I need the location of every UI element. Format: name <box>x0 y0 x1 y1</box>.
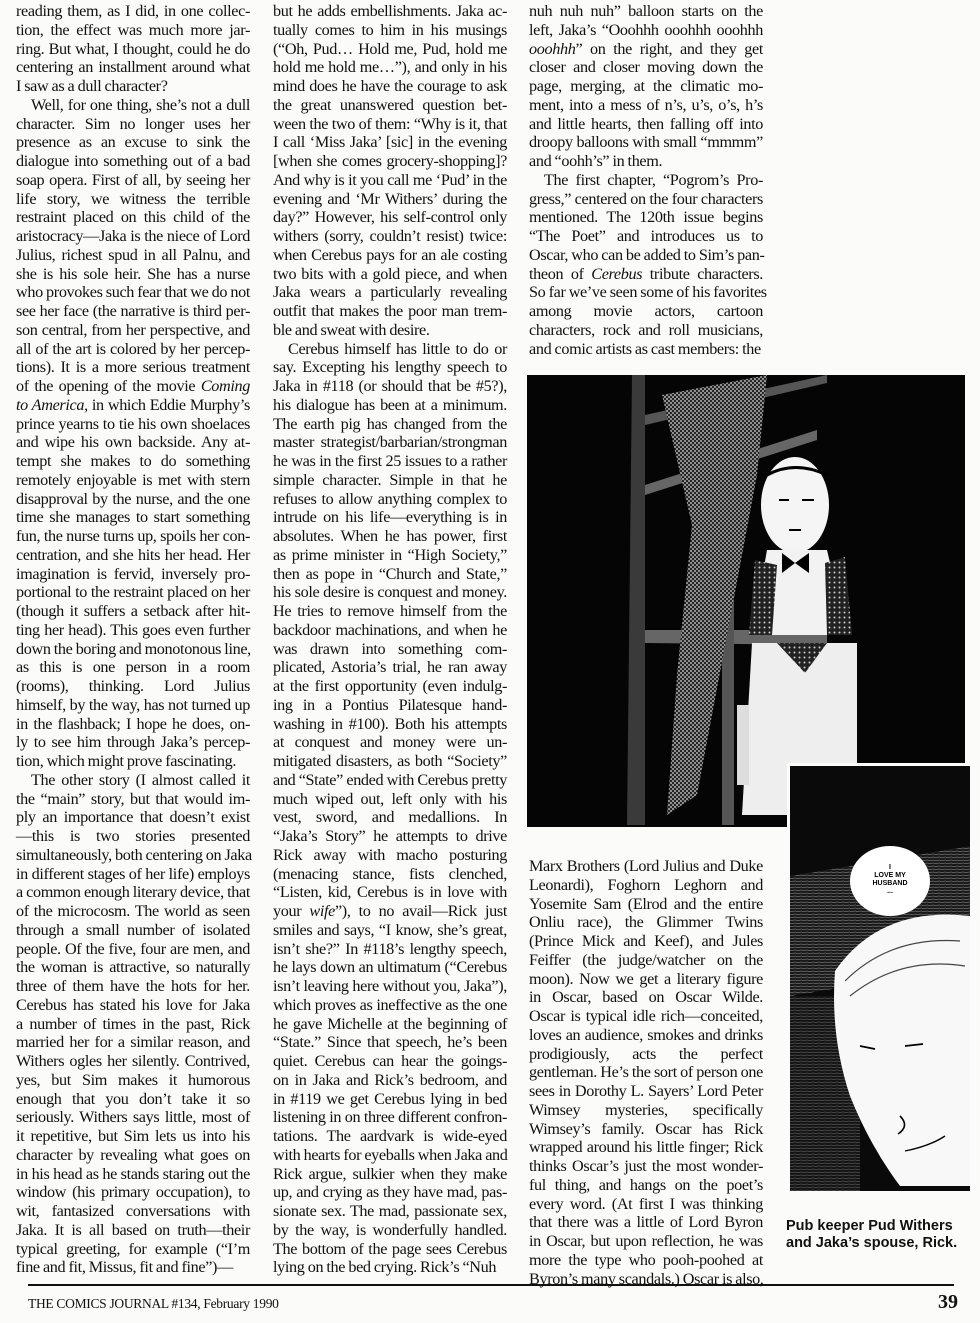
text-line: Rick argue, sulkier when they make <box>273 1165 507 1184</box>
paragraph: reading them, as I did, in one collec-ti… <box>16 2 250 96</box>
text-line: He tries to remove himself from the <box>273 602 507 621</box>
text-line: washing in #100). Both his attempts <box>273 715 507 734</box>
publication-footer: THE COMICS JOURNAL #134, February 1990 <box>28 1296 279 1312</box>
text-line: The first chapter, “Pogrom’s Pro- <box>529 171 763 190</box>
text-line: tion, the effect was much more jar- <box>16 21 250 40</box>
text-line: droopy balloons with small “mmmm” <box>529 133 763 152</box>
text-line: restraint placed on this child of the <box>16 208 250 227</box>
text-line: refuses to allow anything complex to <box>273 490 507 509</box>
article-column-2: but he adds embellishments. Jaka ac-tual… <box>273 2 507 1277</box>
text-line: mind does he have the courage to ask <box>273 77 507 96</box>
text-line: Marx Brothers (Lord Julius and Duke <box>529 857 763 876</box>
text-line: and “oohh’s” in them. <box>529 152 763 171</box>
text-line: presence as an excuse to sink the <box>16 133 250 152</box>
text-line: and little hearts, then falling off into <box>529 115 763 134</box>
text-line: window (his primary occupation), to <box>16 1183 250 1202</box>
text-line: he gave Michelle at the beginning of <box>273 1015 507 1034</box>
text-line: tempt she makes to do something <box>16 452 250 471</box>
text-line: when Cerebus pays for an ale costing <box>273 246 507 265</box>
text-line: see her face (the narrative is third per… <box>16 302 250 321</box>
text-line: absolutes. When he has power, first <box>273 527 507 546</box>
text-line: tations. The aardvark is wide-eyed <box>273 1127 507 1146</box>
text-line: reading them, as I did, in one collec- <box>16 2 250 21</box>
text-line: I saw as a dull character? <box>16 77 250 96</box>
text-line: Rick away with macho posturing <box>273 846 507 865</box>
text-line: closer and closer moving down the <box>529 58 763 77</box>
text-line: yes, but Sim makes it humorous <box>16 1071 250 1090</box>
text-line: “Listen, kid, Cerebus is in love with <box>273 883 507 902</box>
text-line: sees in Dorothy L. Sayers’ Lord Peter <box>529 1082 763 1101</box>
text-line: in Oscar, but upon reflection, he was <box>529 1232 763 1251</box>
text-line: the great unanswered question bet- <box>273 96 507 115</box>
text-line: The other story (I almost called it <box>16 771 250 790</box>
italic-phrase: to America, <box>16 396 88 414</box>
text-line: Wimsey’s family. Oscar has Rick <box>529 1120 763 1139</box>
text-line: down the boring and monotonous line, <box>16 640 250 659</box>
italic-phrase: Cerebus <box>591 265 642 283</box>
text-line: in different stages of her life) employs <box>16 865 250 884</box>
text-line: evening and ‘Mr Withers’ during the <box>273 190 507 209</box>
speech-balloon: I LOVE MY HUSBAND ... <box>850 846 930 916</box>
text-line: moon). Now we get a literary figure <box>529 970 763 989</box>
text-line: gress,” centered on the four characters <box>529 190 763 209</box>
text-line: tions). It is a more serious treatment <box>16 358 250 377</box>
text-line: simultaneously, both centering on Jaka <box>16 846 250 865</box>
text-line: withers (sorry, couldn’t resist) twice: <box>273 227 507 246</box>
text-line: gentleman. He’s the sort of person one <box>529 1063 763 1082</box>
text-line: of the opening of the movie Coming <box>16 377 250 396</box>
text-line: portional to the restraint placed on her <box>16 583 250 602</box>
footer-rule <box>28 1284 954 1286</box>
text-line: a common enough literary device, that <box>16 883 250 902</box>
text-line: Well, for one thing, she’s not a dull <box>16 96 250 115</box>
text-line: mentioned. The 120th issue begins <box>529 208 763 227</box>
text-line: time she manages to start something <box>16 508 250 527</box>
text-line: character. Sim no longer uses her <box>16 115 250 134</box>
text-line: at the first opportunity (even indulg- <box>273 677 507 696</box>
text-line: by the way, is wonderfully handled. <box>273 1221 507 1240</box>
text-line: (Prince Mick and Keef), and Jules <box>529 932 763 951</box>
illustration-pud-withers-window <box>527 375 965 827</box>
text-line: was drawn into something com- <box>273 640 507 659</box>
text-line: listening in on three different confron- <box>273 1108 507 1127</box>
text-line: (rooms), thinking. Lord Julius <box>16 677 250 696</box>
text-line: as this is one person in a room <box>16 658 250 677</box>
text-line: fun, the nurse turns up, spoils her con- <box>16 527 250 546</box>
text-line: ring. But what, I thought, could he do <box>16 40 250 59</box>
balloon-line: ... <box>850 888 930 896</box>
text-line: the “main” story, but that would im- <box>16 790 250 809</box>
text-line: up, and crying as they have mad, pas- <box>273 1183 507 1202</box>
text-line: married her for a similar reason, and <box>16 1033 250 1052</box>
text-line: isn’t she?” In #118’s lengthy speech, <box>273 940 507 959</box>
text-line: ful thing, and hangs on the poet’s <box>529 1176 763 1195</box>
text-line: he was in the first 25 issues to a rathe… <box>273 452 507 471</box>
text-line: (menacing stance, fists clenched, <box>273 865 507 884</box>
text-line: Feiffer (the judge/watcher on the <box>529 951 763 970</box>
text-line: vest, sword, and medallions. In <box>273 808 507 827</box>
text-line: ble and sweat with desire. <box>273 321 507 340</box>
text-line: loves an audience, smokes and drinks <box>529 1026 763 1045</box>
text-line: “The Poet” and introduces us to <box>529 227 763 246</box>
article-column-3-bottom: Marx Brothers (Lord Julius and DukeLeona… <box>529 841 763 1305</box>
text-line: ly to see him through Jaka’s percep- <box>16 733 250 752</box>
balloon-line: LOVE MY <box>850 872 930 880</box>
text-line: in the flashback; I hope he does, on- <box>16 715 250 734</box>
text-line: more the type who pooh-poohed at <box>529 1251 763 1270</box>
text-line: left, Jaka’s “Ooohhh ooohhh ooohhh <box>529 21 763 40</box>
text-line: Jaka. It is all based on truth—their <box>16 1221 250 1240</box>
text-line: every word. (At first I was thinking <box>529 1195 763 1214</box>
text-line: day?” However, his self-control only <box>273 208 507 227</box>
text-line: it repetitive, but Sim lets us into his <box>16 1127 250 1146</box>
text-line: theon of Cerebus tribute characters. <box>529 265 763 284</box>
text-line: on in Jaka and Rick’s bedroom, and <box>273 1071 507 1090</box>
text-line: soap opera. First of all, by seeing her <box>16 171 250 190</box>
text-line: which proves as ineffective as the one <box>273 996 507 1015</box>
paragraph: The other story (I almost called itthe “… <box>16 771 250 1277</box>
balloon-line: I <box>850 864 930 872</box>
text-line: imagination is fervid, inversely pro- <box>16 565 250 584</box>
paragraph: Marx Brothers (Lord Julius and DukeLeona… <box>529 857 763 1288</box>
text-line: wrapped around his little finger; Rick <box>529 1138 763 1157</box>
paragraph: Well, for one thing, she’s not a dullcha… <box>16 96 250 771</box>
text-line: fine and fit, Missus, fit and fine”)— <box>16 1258 250 1277</box>
text-line: tion, which might prove fascinating. <box>16 752 250 771</box>
italic-phrase: ooohhh <box>529 40 575 58</box>
text-line: she is his sole heir. She has a nurse <box>16 265 250 284</box>
text-line: lying on the bed crying. Rick’s “Nuh <box>273 1258 507 1277</box>
text-line: Jaka in #118 (or should that be #5?), <box>273 377 507 396</box>
text-line: The bottom of the page sees Cerebus <box>273 1240 507 1259</box>
text-line: say. Excepting his lengthy speech to <box>273 358 507 377</box>
text-line: much wiped out, left only with his <box>273 790 507 809</box>
text-line: to America, in which Eddie Murphy’s <box>16 396 250 415</box>
text-line: he lays down an ultimatum (“Cerebus <box>273 958 507 977</box>
article-column-3-top: nuh nuh nuh” balloon starts on theleft, … <box>529 2 763 358</box>
text-line: wit, fantasized conversations with <box>16 1202 250 1221</box>
italic-phrase: wife <box>309 902 335 920</box>
text-line: three of them have the hots for her. <box>16 977 250 996</box>
text-line: [when she comes grocery-shopping]? <box>273 152 507 171</box>
text-line: Julius, richest spud in all Palnu, and <box>16 246 250 265</box>
text-line: quiet. Cerebus can hear the goings- <box>273 1052 507 1071</box>
text-line: Oscar, who can be added to Sim’s pan- <box>529 246 763 265</box>
text-line: tually comes to him in his musings <box>273 21 507 40</box>
text-line: characters, rock and roll musicians, <box>529 321 763 340</box>
text-line: Wimsey mysteries, specifically <box>529 1101 763 1120</box>
text-line: centering an installment around what <box>16 58 250 77</box>
text-line: at conquest and money were un- <box>273 733 507 752</box>
text-line: ting her head). This goes even further <box>16 621 250 640</box>
text-line: and wipe his own backside. Any at- <box>16 433 250 452</box>
text-line: his dialogue has been at a minimum. <box>273 396 507 415</box>
italic-phrase: Coming <box>201 377 250 395</box>
text-line: page, merging, at the climatic mo- <box>529 77 763 96</box>
text-line: (“Oh, Pud… Hold me, Pud, hold me <box>273 40 507 59</box>
text-line: simple character. Simple in that he <box>273 471 507 490</box>
text-line: (though it suffers a setback after hit- <box>16 602 250 621</box>
paragraph: nuh nuh nuh” balloon starts on theleft, … <box>529 2 763 171</box>
text-line: ing in a Pontius Pilatesque hand- <box>273 696 507 715</box>
text-line: and comic artists as cast members: the <box>529 340 763 359</box>
text-line: “State.” Since that speech, he’s been <box>273 1033 507 1052</box>
text-line: Onliu race), the Glimmer Twins <box>529 913 763 932</box>
text-line: remotely enjoyable is met with stern <box>16 471 250 490</box>
text-line: his sole desire is conquest and money. <box>273 583 507 602</box>
text-line: —this is two stories presented <box>16 827 250 846</box>
rick-drawing-icon <box>790 766 970 1191</box>
text-line: of the microcosm. The world as seen <box>16 902 250 921</box>
text-line: among movie actors, cartoon <box>529 302 763 321</box>
illustration-caption: Pub keeper Pud Withers and Jaka’s spouse… <box>786 1218 976 1251</box>
pud-withers-drawing-icon <box>527 375 965 827</box>
text-line: And why is it you call me ‘Pud’ in the <box>273 171 507 190</box>
text-line: a number of times in the past, Rick <box>16 1015 250 1034</box>
text-line: outfit that makes the poor man trem- <box>273 302 507 321</box>
article-column-1: reading them, as I did, in one collec-ti… <box>16 2 250 1277</box>
text-line: in Oscar, based on Oscar Wilde. <box>529 988 763 1007</box>
text-line: prodigiously, acts the perfect <box>529 1045 763 1064</box>
text-line: in his head as he stands staring out the <box>16 1165 250 1184</box>
text-line: himself, by the way, has not turned up <box>16 696 250 715</box>
text-line: then as pope in “Church and State,” <box>273 565 507 584</box>
text-line: mitigated disasters, as both “Society” <box>273 752 507 771</box>
text-line: prince yearns to tie his own shoelaces <box>16 415 250 434</box>
text-line: ment, into a mess of n’s, u’s, o’s, h’s <box>529 96 763 115</box>
text-line: the woman is attractive, so naturally <box>16 958 250 977</box>
text-line: isn’t leaving here without you, Jaka”), <box>273 977 507 996</box>
text-line: but he adds embellishments. Jaka ac- <box>273 2 507 21</box>
text-line: thinks Oscar’s just the most wonder- <box>529 1157 763 1176</box>
text-line: aristocracy—Jaka is the niece of Lord <box>16 227 250 246</box>
text-line: two bits with a gold piece, and when <box>273 265 507 284</box>
paragraph: Cerebus himself has little to do orsay. … <box>273 340 507 1278</box>
text-line: Yosemite Sam (Elrod and the entire <box>529 895 763 914</box>
text-line: Cerebus himself has little to do or <box>273 340 507 359</box>
text-line: with hearts for eyeballs when Jaka and <box>273 1146 507 1165</box>
text-line: all of the art is colored by her percep- <box>16 340 250 359</box>
text-line: “Jaka’s Story” he attempts to drive <box>273 827 507 846</box>
text-line: Oscar is typical idle rich—conceited, <box>529 1007 763 1026</box>
text-line: Withers ogles her silently. Contrived, <box>16 1052 250 1071</box>
text-line: Jaka wears a particularly revealing <box>273 283 507 302</box>
text-line: sionate sex. The mad, passionate sex, <box>273 1202 507 1221</box>
text-line: son central, from her perspective, and <box>16 321 250 340</box>
text-line: ween the two of them: “Why is it, that <box>273 115 507 134</box>
text-line: your wife”), to no avail—Rick just <box>273 902 507 921</box>
text-line: Cerebus has stated his love for Jaka <box>16 996 250 1015</box>
text-line: disapproval by the nurse, and the one <box>16 490 250 509</box>
text-line: plicated, Astoria’s trial, he ran away <box>273 658 507 677</box>
illustration-rick: I LOVE MY HUSBAND ... <box>787 763 970 1191</box>
text-line: who provokes such fear that we do not <box>16 283 250 302</box>
text-line: smiles and says, “I know, she’s great, <box>273 921 507 940</box>
text-line: character by revealing what goes on <box>16 1146 250 1165</box>
text-line: people. Of the five, four are men, and <box>16 940 250 959</box>
text-line: ooohhh” on the right, and they get <box>529 40 763 59</box>
text-line: and “State” ended with Cerebus pretty <box>273 771 507 790</box>
text-line: that there was a little of Lord Byron <box>529 1213 763 1232</box>
text-line: seriously. Withers says little, most of <box>16 1108 250 1127</box>
text-line: hold me hold me…”), and only in his <box>273 58 507 77</box>
text-line: life story, we witness the terrible <box>16 190 250 209</box>
text-line: in #119 we get Cerebus lying in bed <box>273 1090 507 1109</box>
text-line: centration, and she hits her head. Her <box>16 546 250 565</box>
text-line: intrude on his life—everything is in <box>273 508 507 527</box>
balloon-line: HUSBAND <box>850 880 930 888</box>
text-line: dialogue into something out of a bad <box>16 152 250 171</box>
text-line: So far we’ve seen some of his favorites <box>529 283 763 302</box>
text-line: enough that you don’t take it so <box>16 1090 250 1109</box>
text-line: typical greeting, for example (“I’m <box>16 1240 250 1259</box>
page-number: 39 <box>938 1291 958 1314</box>
text-line: nuh nuh nuh” balloon starts on the <box>529 2 763 21</box>
text-line: Leonardi), Foghorn Leghorn and <box>529 876 763 895</box>
text-line: as prime minister in “High Society,” <box>273 546 507 565</box>
text-line: backdoor machinations, and when he <box>273 621 507 640</box>
text-line: The earth pig has changed from the <box>273 415 507 434</box>
text-line: through a small number of isolated <box>16 921 250 940</box>
text-line: master strategist/barbarian/strongman <box>273 433 507 452</box>
paragraph: The first chapter, “Pogrom’s Pro-gress,”… <box>529 171 763 359</box>
paragraph: but he adds embellishments. Jaka ac-tual… <box>273 2 507 340</box>
text-line: I call ‘Miss Jaka’ [sic] in the evening <box>273 133 507 152</box>
text-line: ply an importance that doesn’t exist <box>16 808 250 827</box>
